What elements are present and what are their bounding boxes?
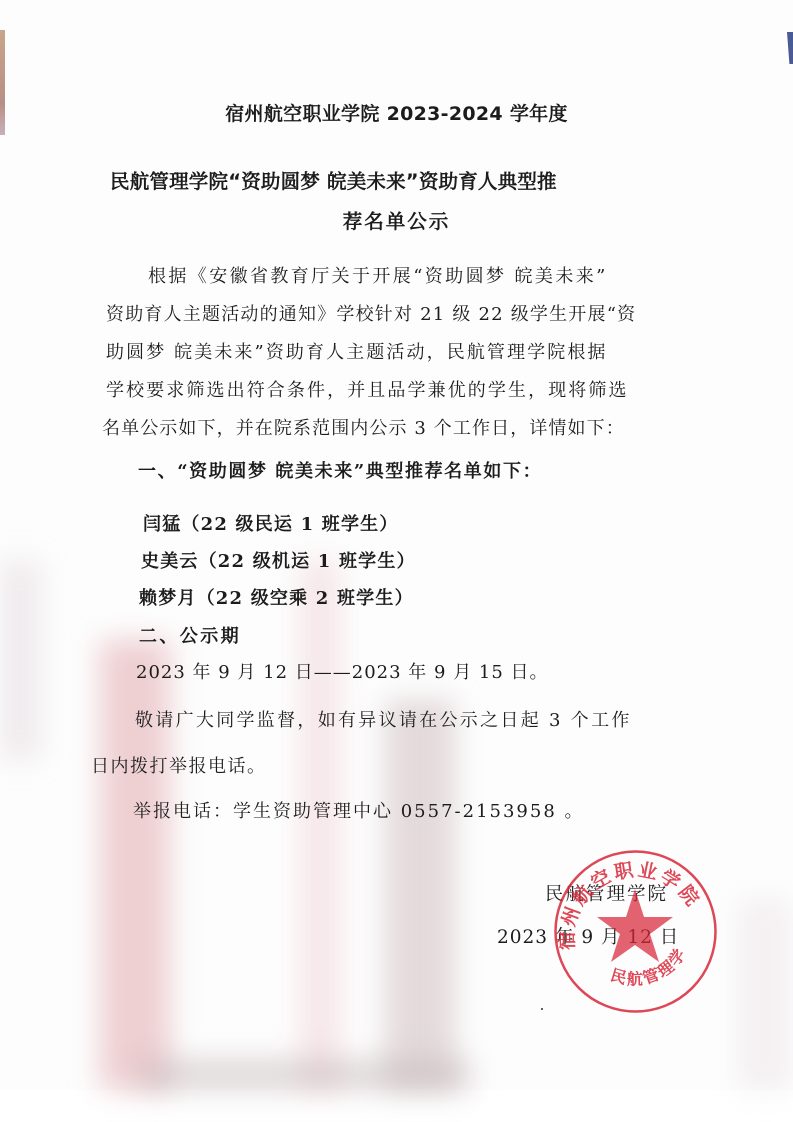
paragraph-line: 根据《安徽省教育厅关于开展“资助圆梦 皖美未来”: [148, 262, 608, 288]
document-page: 宿州航空职业学院 2023-2024 学年度 民航管理学院“资助圆梦 皖美未来”…: [0, 0, 793, 1090]
student-name: 赖梦月: [139, 588, 197, 609]
official-seal-icon: 宿州航空职业学院 民航管理学院: [553, 849, 718, 1014]
report-phone-line: 举报电话：学生资助管理中心 0557-2153958 。: [133, 797, 585, 823]
list-item-student: 闫猛（22 级民运 1 班学生）: [143, 510, 399, 536]
list-item-student: 史美云（22 级机运 1 班学生）: [141, 547, 416, 573]
scan-bleed-mark: [300, 560, 340, 1090]
document-title-line-2: 民航管理学院“资助圆梦 皖美未来”资助育人典型推: [110, 166, 700, 194]
student-name: 闫猛: [143, 514, 181, 535]
list-item-student: 赖梦月（22 级空乘 2 班学生）: [139, 584, 414, 610]
scan-edge-right: [787, 32, 793, 64]
scan-bleed-mark: [0, 560, 40, 760]
paragraph-line: 资助育人主题活动的通知》学校针对 21 级 22 级学生开展“资: [106, 300, 636, 326]
student-class: （22 级民运 1 班学生）: [181, 514, 398, 535]
paragraph-line: 敬请广大同学监督，如有异议请在公示之日起 3 个工作: [135, 706, 632, 732]
student-class: （22 级空乘 2 班学生）: [197, 588, 414, 609]
publicity-period-dates: 2023 年 9 月 12 日——2023 年 9 月 15 日。: [136, 658, 549, 684]
paragraph-line: 名单公示如下，并在院系范围内公示 3 个工作日，详情如下：: [102, 414, 625, 440]
scan-bleed-mark: [740, 900, 790, 1090]
paragraph-line: 学校要求筛选出符合条件，并且品学兼优的学生，现将筛选: [106, 376, 629, 402]
section-heading-publicity-period: 二、公示期: [139, 622, 241, 648]
document-title-line-1: 宿州航空职业学院 2023-2024 学年度: [0, 99, 793, 126]
paragraph-line: 助圆梦 皖美未来”资助育人主题活动，民航管理学院根据: [106, 338, 608, 364]
scan-bleed-mark: [385, 700, 455, 1090]
student-class: （22 级机运 1 班学生）: [199, 551, 416, 572]
document-title-line-3: 荐名单公示: [0, 206, 793, 234]
scan-bleed-mark: [140, 1060, 470, 1090]
student-name: 史美云: [141, 551, 199, 572]
scan-speck: [541, 1008, 543, 1010]
section-heading-recommendation-list: 一、“资助圆梦 皖美未来”典型推荐名单如下：: [138, 457, 542, 483]
paragraph-line: 日内拨打举报电话。: [91, 752, 267, 778]
